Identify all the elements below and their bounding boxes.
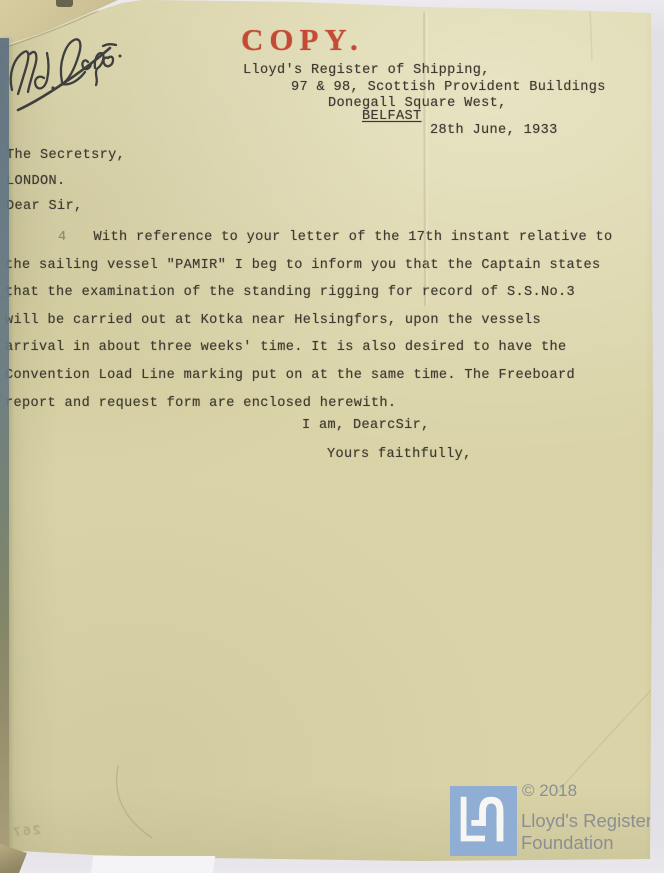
- body-line-text: With reference to your letter of the 17t…: [94, 230, 613, 245]
- letter-page: COPY. Lloyd's Register of Shipping, 97 &…: [0, 0, 664, 873]
- recipient-line: The Secretsry,: [6, 143, 125, 169]
- letter-body: 4With reference to your letter of the 17…: [5, 224, 612, 417]
- salutation: Dear Sir,: [6, 194, 125, 220]
- letterhead-organization: Lloyd's Register of Shipping,: [243, 64, 490, 78]
- under-sheet: [91, 856, 215, 873]
- closing-signoff: Yours faithfully,: [327, 448, 472, 462]
- recipient-block: The Secretsry, LONDON. Dear Sir,: [6, 143, 125, 220]
- scanned-letter-view: COPY. Lloyd's Register of Shipping, 97 &…: [0, 0, 664, 873]
- lr-logo-icon: [450, 786, 517, 856]
- body-line: will be carried out at Kotka near Helsin…: [5, 307, 612, 335]
- body-line: that the examination of the standing rig…: [5, 279, 612, 307]
- closing-line: I am, DearcSir,: [302, 419, 430, 433]
- watermark-name-line1: Lloyd's Register: [521, 810, 652, 832]
- paper-creases: [0, 0, 664, 873]
- body-line: report and request form are enclosed her…: [5, 390, 612, 418]
- body-line: Convention Load Line marking put on at t…: [5, 362, 612, 390]
- letter-date: 28th June, 1933: [430, 124, 558, 138]
- body-line: arrival in about three weeks' time. It i…: [5, 334, 612, 362]
- body-line: the sailing vessel "PAMIR" I beg to info…: [5, 252, 612, 280]
- binding-edge: [0, 38, 9, 853]
- letterhead-address-line1: 97 & 98, Scottish Provident Buildings: [291, 81, 606, 95]
- letterhead-city: BELFAST: [362, 110, 422, 124]
- recipient-city: LONDON.: [6, 169, 125, 195]
- typed-smudge-mark: 4: [58, 230, 67, 245]
- edge-notch: [56, 0, 73, 7]
- body-line: 4With reference to your letter of the 17…: [5, 224, 612, 252]
- watermark-name-line2: Foundation: [521, 832, 614, 854]
- copy-stamp: COPY.: [241, 22, 364, 58]
- watermark-copyright: © 2018: [522, 781, 577, 801]
